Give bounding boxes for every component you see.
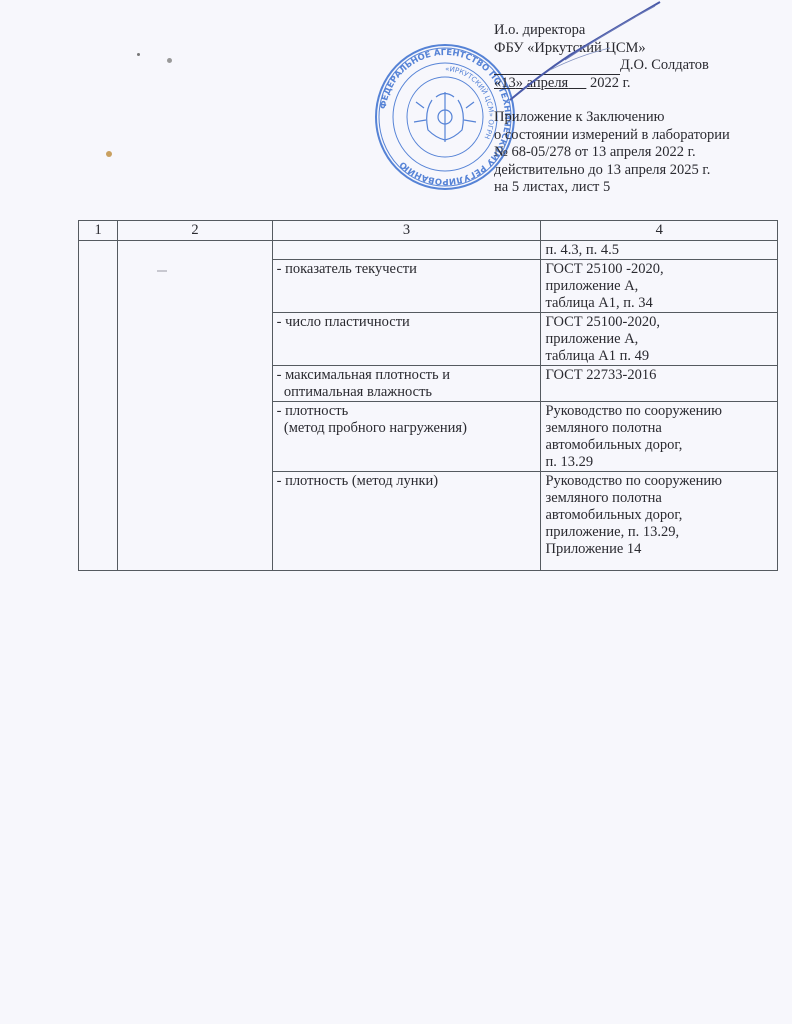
parameter-line: - плотность <box>277 403 538 420</box>
appendix-line-3: № 68-05/278 от 13 апреля 2022 г. <box>494 144 730 162</box>
scan-speck <box>167 58 172 63</box>
reference-line: п. 13.29 <box>545 454 774 471</box>
approval-date: «13» апреля 2022 г. <box>494 75 730 93</box>
scan-speck <box>106 151 112 157</box>
table-header-row: 1 2 3 4 <box>79 221 778 241</box>
cell-reference: ГОСТ 25100 -2020, приложение А, таблица … <box>541 260 778 313</box>
column-header-2: 2 <box>118 221 272 241</box>
cell-parameter: - показатель текучести <box>272 260 541 313</box>
reference-line: п. 4.3, п. 4.5 <box>545 242 774 259</box>
reference-line: таблица А1, п. 34 <box>545 295 774 312</box>
signatory-name: Д.О. Солдатов <box>620 57 709 73</box>
cell-reference: ГОСТ 22733-2016 <box>541 366 778 402</box>
parameter-line: (метод пробного нагружения) <box>277 420 538 437</box>
reference-line: ГОСТ 22733-2016 <box>545 367 774 384</box>
date-year: 2022 г. <box>590 75 631 91</box>
cell-col1-merged <box>79 241 118 571</box>
cell-reference: Руководство по сооружению земляного поло… <box>541 402 778 472</box>
date-month-underline <box>568 75 586 91</box>
table-row: п. 4.3, п. 4.5 <box>79 241 778 260</box>
parameter-line: - плотность (метод лунки) <box>277 473 538 490</box>
reference-line: приложение А, <box>545 278 774 295</box>
parameter-line: - число пластичности <box>277 314 538 331</box>
cell-parameter: - максимальная плотность и оптимальная в… <box>272 366 541 402</box>
reference-line: приложение А, <box>545 331 774 348</box>
reference-line: таблица А1 п. 49 <box>545 348 774 365</box>
reference-line: земляного полотна <box>545 420 774 437</box>
appendix-line-5: на 5 листах, лист 5 <box>494 179 730 197</box>
cell-parameter: - плотность (метод лунки) <box>272 472 541 571</box>
cell-parameter: - число пластичности <box>272 313 541 366</box>
appendix-line-1: Приложение к Заключению <box>494 109 730 127</box>
reference-line: автомобильных дорог, <box>545 507 774 524</box>
approver-position: И.о. директора <box>494 22 730 40</box>
appendix-line-2: о состоянии измерений в лаборатории <box>494 127 730 145</box>
cell-col2-merged <box>118 241 272 571</box>
cell-reference: п. 4.3, п. 4.5 <box>541 241 778 260</box>
date-day: 13 <box>501 75 516 91</box>
cell-reference: ГОСТ 25100-2020, приложение А, таблица А… <box>541 313 778 366</box>
cell-parameter: - плотность (метод пробного нагружения) <box>272 402 541 472</box>
date-month: апреля <box>527 75 569 91</box>
appendix-line-4: действительно до 13 апреля 2025 г. <box>494 162 730 180</box>
parameter-line: - максимальная плотность и <box>277 367 538 384</box>
cell-reference: Руководство по сооружению земляного поло… <box>541 472 778 571</box>
reference-line: автомобильных дорог, <box>545 437 774 454</box>
reference-line: Приложение 14 <box>545 541 774 558</box>
column-header-4: 4 <box>541 221 778 241</box>
reference-line: Руководство по сооружению <box>545 403 774 420</box>
parameter-line: - показатель текучести <box>277 261 538 278</box>
cell-parameter <box>272 241 541 260</box>
date-close-quote: » <box>516 75 523 91</box>
column-header-3: 3 <box>272 221 541 241</box>
reference-line: приложение, п. 13.29, <box>545 524 774 541</box>
signature-line: Д.О. Солдатов <box>494 57 730 75</box>
approver-organization: ФБУ «Иркутский ЦСМ» <box>494 40 730 58</box>
spacer <box>494 92 730 109</box>
reference-line: ГОСТ 25100 -2020, <box>545 261 774 278</box>
document-page: ФЕДЕРАЛЬНОЕ АГЕНТСТВО ПО ТЕХНИЧЕСКОМУ РЕ… <box>0 0 792 1024</box>
signature-underline <box>494 61 620 75</box>
reference-line: Руководство по сооружению <box>545 473 774 490</box>
approval-block: И.о. директора ФБУ «Иркутский ЦСМ» Д.О. … <box>494 22 730 197</box>
scan-speck <box>137 53 140 56</box>
reference-line: ГОСТ 25100-2020, <box>545 314 774 331</box>
column-header-1: 1 <box>79 221 118 241</box>
parameter-line: оптимальная влажность <box>277 384 538 401</box>
methods-table: 1 2 3 4 п. 4.3, п. 4.5 - показатель теку… <box>78 220 778 571</box>
reference-line: земляного полотна <box>545 490 774 507</box>
